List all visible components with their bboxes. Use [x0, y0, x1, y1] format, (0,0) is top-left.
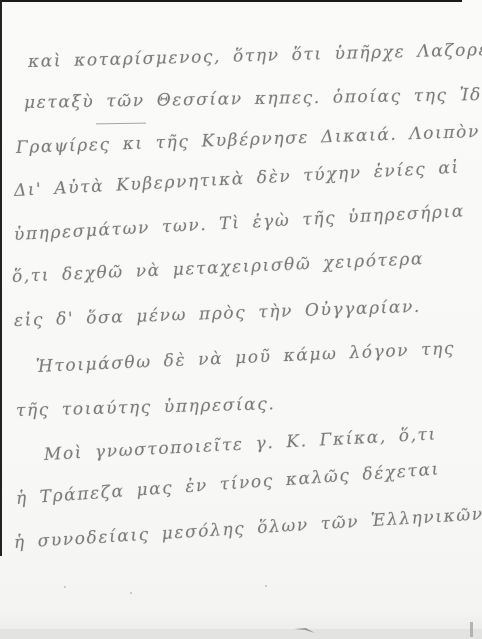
- pen-mark-chevron: [293, 626, 317, 634]
- scan-mark-tick: [470, 622, 473, 637]
- paper-speck: [265, 585, 267, 587]
- scanned-letter-page: καὶ κοταρίσμενος, ὅτην ὅτι ὑπῆρχε Λαζορὲ…: [0, 0, 482, 639]
- scan-edge-left: [0, 0, 2, 556]
- paper-speck: [64, 586, 66, 588]
- scan-edge-top: [0, 0, 462, 2]
- paper-speck: [130, 592, 132, 594]
- scan-bottom-band: [0, 629, 482, 639]
